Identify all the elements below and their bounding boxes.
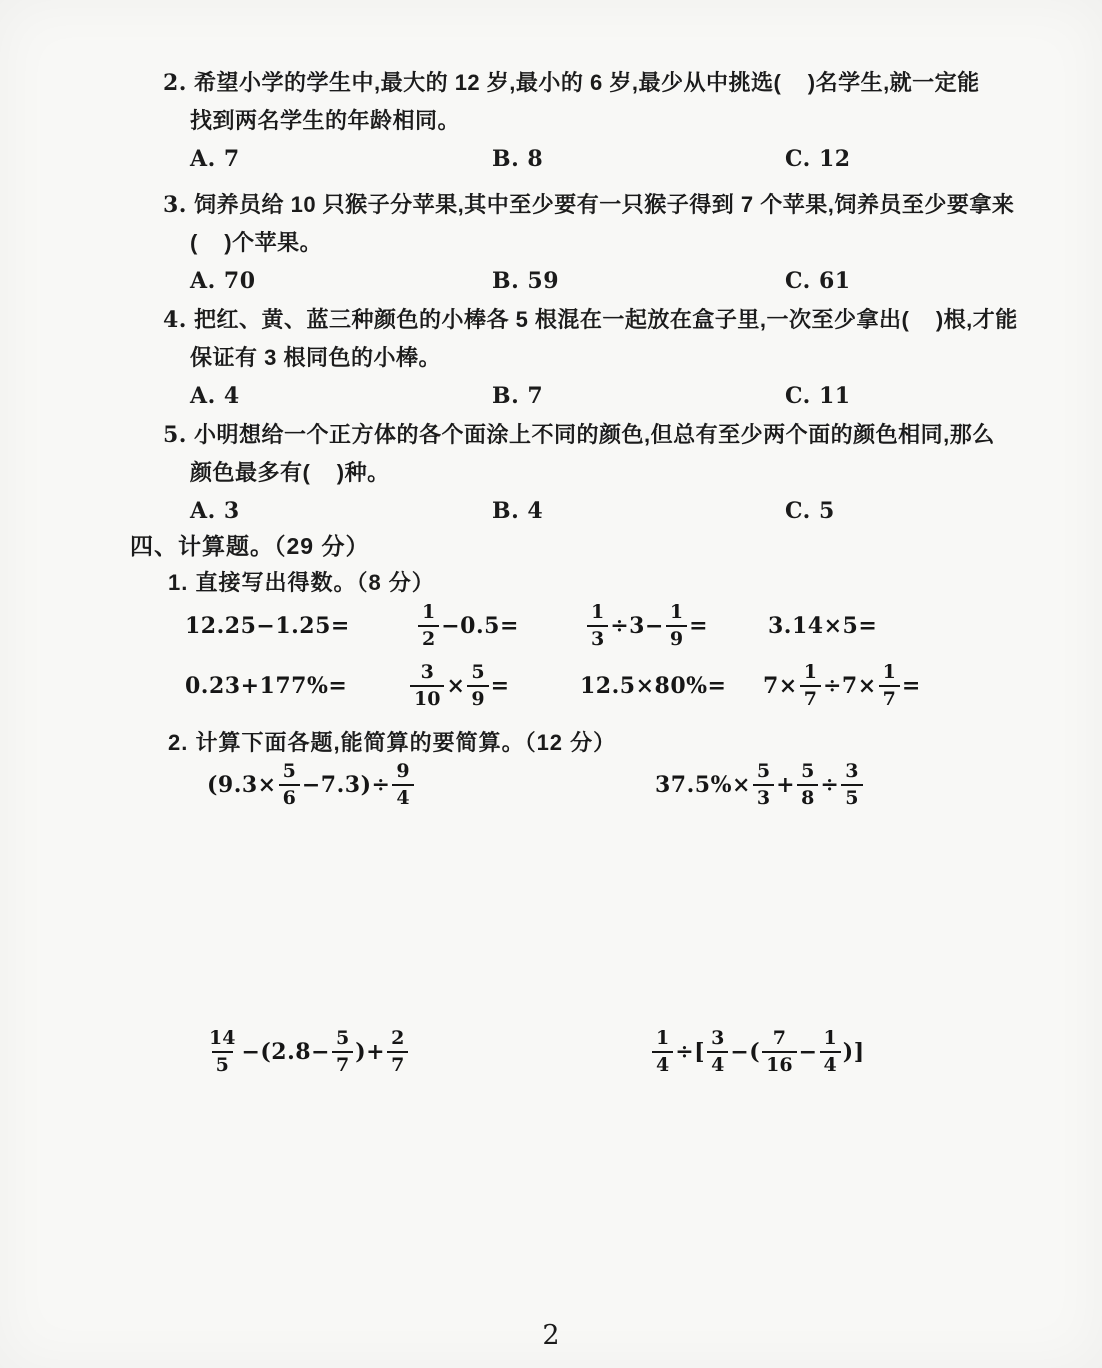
option-b: B. 7 xyxy=(492,377,543,415)
question-number: 4. xyxy=(163,307,187,333)
question-item-3: 3.饲养员给 10 只猴子分苹果,其中至少要有一只猴子得到 7 个苹果,饲养员至… xyxy=(163,186,1023,300)
expression: 12.25−1.25= xyxy=(185,598,350,654)
question-line: 颜色最多有( )种。 xyxy=(163,454,1023,492)
page-number: 2 xyxy=(0,1320,1102,1351)
question-line: 保证有 3 根同色的小棒。 xyxy=(163,339,1023,377)
question-item-4: 4.把红、黄、蓝三种颜色的小棒各 5 根混在一起放在盒子里,一次至少拿出( )根… xyxy=(163,301,1023,415)
expression: 13÷3−19= xyxy=(585,598,708,654)
math-text: = xyxy=(491,673,510,699)
question-line: 4.把红、黄、蓝三种颜色的小棒各 5 根混在一起放在盒子里,一次至少拿出( )根… xyxy=(163,301,1023,339)
question-text: 饲养员给 10 只猴子分苹果,其中至少要有一只猴子得到 7 个苹果,饲养员至少要… xyxy=(194,192,1014,217)
math-text: = xyxy=(902,673,921,699)
fraction: 57 xyxy=(332,1029,353,1075)
fraction: 58 xyxy=(797,762,818,808)
math-text: (9.3× xyxy=(207,772,277,798)
option-a: A. 70 xyxy=(190,262,256,300)
options-row: A. 4 B. 7 C. 11 xyxy=(163,377,1023,415)
fraction: 27 xyxy=(387,1029,408,1075)
option-a: A. 7 xyxy=(190,140,240,178)
math-text: × xyxy=(446,673,465,699)
expression: (9.3×56−7.3)÷94 xyxy=(207,755,416,815)
expression: 37.5%×53+58÷35 xyxy=(655,755,865,815)
fraction: 14 xyxy=(652,1029,673,1075)
option-b: B. 8 xyxy=(492,140,543,178)
option-c: C. 61 xyxy=(785,262,851,300)
expression: 310×59= xyxy=(408,658,510,714)
expression: 12.5×80%= xyxy=(580,658,726,714)
question-item-2: 2.希望小学的学生中,最大的 12 岁,最小的 6 岁,最少从中挑选( )名学生… xyxy=(163,64,1023,178)
math-text: )] xyxy=(843,1039,865,1065)
option-b: B. 59 xyxy=(492,262,559,300)
expression: 12−0.5= xyxy=(416,598,519,654)
fraction: 53 xyxy=(753,762,774,808)
fraction: 94 xyxy=(392,762,413,808)
fraction: 59 xyxy=(467,663,488,709)
options-row: A. 70 B. 59 C. 61 xyxy=(163,262,1023,300)
subsection-heading-2: 2. 计算下面各题,能简算的要简算。（12 分） xyxy=(168,726,616,757)
math-text: ÷3− xyxy=(610,613,664,639)
math-text: −( xyxy=(730,1039,760,1065)
question-line: 找到两名学生的年龄相同。 xyxy=(163,102,1023,140)
math-text: = xyxy=(689,613,708,639)
question-line: ( )个苹果。 xyxy=(163,224,1023,262)
math-text: ÷[ xyxy=(675,1039,705,1065)
math-text: 12.25−1.25= xyxy=(185,613,350,639)
fraction: 13 xyxy=(587,603,608,649)
expression: 14÷[34−(716−14)] xyxy=(650,1022,865,1082)
fraction: 17 xyxy=(879,663,900,709)
fraction: 35 xyxy=(841,762,862,808)
question-text: 把红、黄、蓝三种颜色的小棒各 5 根混在一起放在盒子里,一次至少拿出( )根,才… xyxy=(194,307,1018,332)
options-row: A. 7 B. 8 C. 12 xyxy=(163,140,1023,178)
fraction: 12 xyxy=(418,603,439,649)
fraction: 310 xyxy=(410,663,444,709)
fraction: 19 xyxy=(666,603,687,649)
expression: 3.14×5= xyxy=(768,598,877,654)
exam-page: 2.希望小学的学生中,最大的 12 岁,最小的 6 岁,最少从中挑选( )名学生… xyxy=(0,0,1102,1368)
option-b: B. 4 xyxy=(492,492,543,530)
math-text: 37.5%× xyxy=(655,772,751,798)
math-text: − xyxy=(799,1039,818,1065)
question-item-5: 5.小明想给一个正方体的各个面涂上不同的颜色,但总有至少两个面的颜色相同,那么 … xyxy=(163,416,1023,530)
fraction: 716 xyxy=(762,1029,796,1075)
option-c: C. 11 xyxy=(785,377,851,415)
options-row: A. 3 B. 4 C. 5 xyxy=(163,492,1023,530)
math-text: 12.5×80%= xyxy=(580,673,726,699)
fraction: 56 xyxy=(279,762,300,808)
option-a: A. 3 xyxy=(190,492,240,530)
question-text: 希望小学的学生中,最大的 12 岁,最小的 6 岁,最少从中挑选( )名学生,就… xyxy=(194,70,980,95)
question-text: 小明想给一个正方体的各个面涂上不同的颜色,但总有至少两个面的颜色相同,那么 xyxy=(194,422,995,447)
question-number: 5. xyxy=(163,422,187,448)
math-text: )+ xyxy=(355,1039,385,1065)
section-heading: 四、计算题。（29 分） xyxy=(130,528,369,561)
question-line: 3.饲养员给 10 只猴子分苹果,其中至少要有一只猴子得到 7 个苹果,饲养员至… xyxy=(163,186,1023,224)
question-number: 2. xyxy=(163,70,187,96)
subsection-heading-1: 1. 直接写出得数。（8 分） xyxy=(168,566,435,597)
math-text: 3.14×5= xyxy=(768,613,877,639)
math-text: ÷7× xyxy=(823,673,877,699)
math-text: −0.5= xyxy=(441,613,519,639)
option-c: C. 12 xyxy=(785,140,851,178)
question-line: 5.小明想给一个正方体的各个面涂上不同的颜色,但总有至少两个面的颜色相同,那么 xyxy=(163,416,1023,454)
math-text: −(2.8− xyxy=(241,1039,330,1065)
math-text: −7.3)÷ xyxy=(302,772,391,798)
option-a: A. 4 xyxy=(190,377,240,415)
expression: 145−(2.8−57)+27 xyxy=(203,1022,410,1082)
option-c: C. 5 xyxy=(785,492,835,530)
fraction: 14 xyxy=(820,1029,841,1075)
expression: 7×17÷7×17= xyxy=(763,658,921,714)
fraction: 145 xyxy=(205,1029,239,1075)
fraction: 34 xyxy=(707,1029,728,1075)
math-text: 0.23+177%= xyxy=(185,673,347,699)
math-text: + xyxy=(776,772,795,798)
fraction: 17 xyxy=(800,663,821,709)
question-number: 3. xyxy=(163,192,187,218)
expression: 0.23+177%= xyxy=(185,658,347,714)
question-line: 2.希望小学的学生中,最大的 12 岁,最小的 6 岁,最少从中挑选( )名学生… xyxy=(163,64,1023,102)
math-text: 7× xyxy=(763,673,798,699)
math-text: ÷ xyxy=(820,772,839,798)
